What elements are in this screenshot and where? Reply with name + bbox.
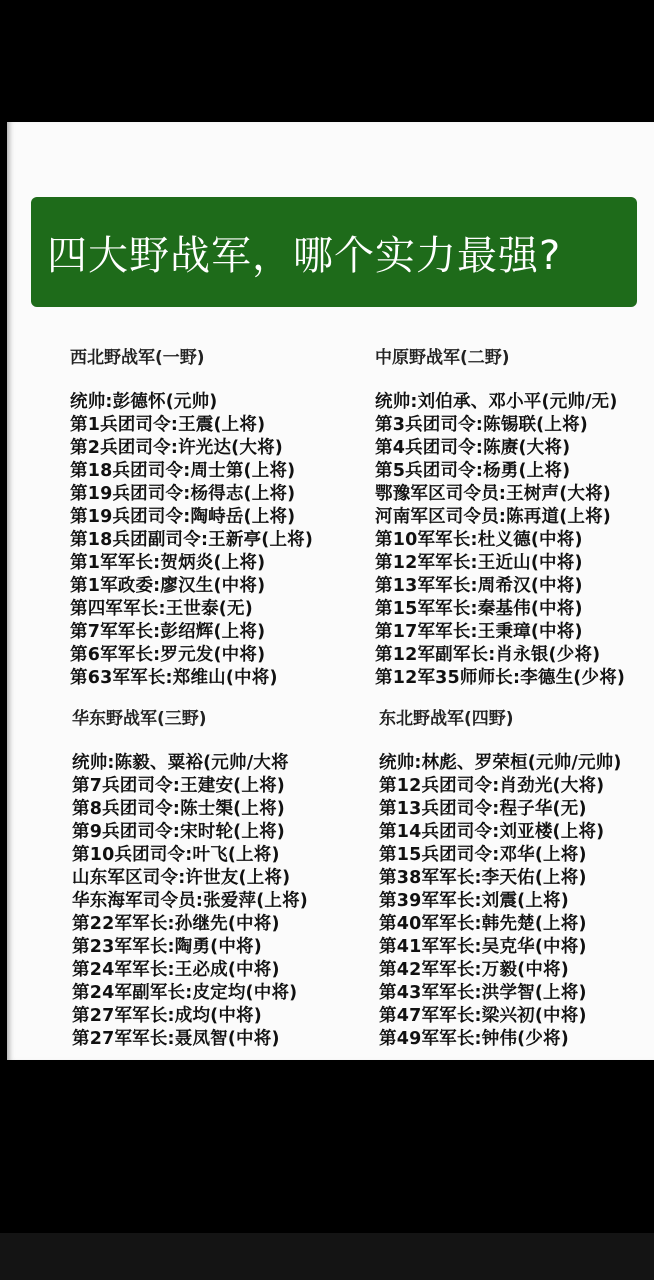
list-item: 第18兵团副司令:王新亭(上将) (70, 529, 313, 552)
list-item: 第63军军长:郑维山(中将) (70, 667, 313, 690)
list-item: 第12军35师师长:李德生(少将) (375, 667, 625, 690)
army-heading: 东北野战军(四野) (379, 708, 622, 730)
list-item: 第13军军长:周希汉(中将) (375, 575, 625, 598)
list-item: 第10兵团司令:叶飞(上将) (72, 844, 308, 867)
list-item: 统帅:刘伯承、邓小平(元帅/无) (375, 391, 625, 414)
list-item: 第1兵团司令:王震(上将) (70, 414, 313, 437)
list-item: 第27军军长:聂凤智(中将) (72, 1028, 308, 1051)
list-item: 第14兵团司令:刘亚楼(上将) (379, 821, 622, 844)
list-item: 第3兵团司令:陈锡联(上将) (375, 414, 625, 437)
army-section-fourth-field-army: 东北野战军(四野) 统帅:林彪、罗荣桓(元帅/元帅) 第12兵团司令:肖劲光(大… (379, 708, 622, 1051)
list-item: 第12兵团司令:肖劲光(大将) (379, 775, 622, 798)
list-item: 第38军军长:李天佑(上将) (379, 867, 622, 890)
commander-list: 统帅:林彪、罗荣桓(元帅/元帅) 第12兵团司令:肖劲光(大将) 第13兵团司令… (379, 752, 622, 1051)
list-item: 第17军军长:王秉璋(中将) (375, 621, 625, 644)
title-banner: 四大野战军，哪个实力最强? (31, 197, 637, 307)
list-item: 第47军军长:梁兴初(中将) (379, 1005, 622, 1028)
list-item: 第6军军长:罗元发(中将) (70, 644, 313, 667)
list-item: 第27军军长:成均(中将) (72, 1005, 308, 1028)
page-title: 四大野战军，哪个实力最强? (47, 224, 561, 281)
list-item: 第15兵团司令:邓华(上将) (379, 844, 622, 867)
commander-list: 统帅:刘伯承、邓小平(元帅/无) 第3兵团司令:陈锡联(上将) 第4兵团司令:陈… (375, 391, 625, 690)
list-item: 第9兵团司令:宋时轮(上将) (72, 821, 308, 844)
list-item: 华东海军司令员:张爱萍(上将) (72, 890, 308, 913)
list-item: 山东军区司令:许世友(上将) (72, 867, 308, 890)
list-item: 河南军区司令员:陈再道(上将) (375, 506, 625, 529)
bottom-bar (0, 1233, 654, 1280)
list-item: 第10军军长:杜义德(中将) (375, 529, 625, 552)
list-item: 第12军副军长:肖永银(少将) (375, 644, 625, 667)
list-item: 统帅:林彪、罗荣桓(元帅/元帅) (379, 752, 622, 775)
document-panel: 四大野战军，哪个实力最强? 西北野战军(一野) 统帅:彭德怀(元帅) 第1兵团司… (7, 122, 654, 1060)
army-section-first-field-army: 西北野战军(一野) 统帅:彭德怀(元帅) 第1兵团司令:王震(上将) 第2兵团司… (70, 347, 313, 690)
list-item: 鄂豫军区司令员:王树声(大将) (375, 483, 625, 506)
list-item: 第42军军长:万毅(中将) (379, 959, 622, 982)
list-item: 第22军军长:孙继先(中将) (72, 913, 308, 936)
army-heading: 华东野战军(三野) (72, 708, 308, 730)
list-item: 第49军军长:钟伟(少将) (379, 1028, 622, 1051)
list-item: 第12军军长:王近山(中将) (375, 552, 625, 575)
list-item: 第15军军长:秦基伟(中将) (375, 598, 625, 621)
list-item: 第1军军长:贺炳炎(上将) (70, 552, 313, 575)
list-item: 第43军军长:洪学智(上将) (379, 982, 622, 1005)
list-item: 第39军军长:刘震(上将) (379, 890, 622, 913)
list-item: 第41军军长:吴克华(中将) (379, 936, 622, 959)
commander-list: 统帅:陈毅、粟裕(元帅/大将 第7兵团司令:王建安(上将) 第8兵团司令:陈士榘… (72, 752, 308, 1051)
list-item: 第40军军长:韩先楚(上将) (379, 913, 622, 936)
list-item: 第7军军长:彭绍辉(上将) (70, 621, 313, 644)
army-section-second-field-army: 中原野战军(二野) 统帅:刘伯承、邓小平(元帅/无) 第3兵团司令:陈锡联(上将… (375, 347, 625, 690)
list-item: 第19兵团司令:杨得志(上将) (70, 483, 313, 506)
list-item: 第13兵团司令:程子华(无) (379, 798, 622, 821)
list-item: 第7兵团司令:王建安(上将) (72, 775, 308, 798)
list-item: 第24军军长:王必成(中将) (72, 959, 308, 982)
list-item: 第四军军长:王世泰(无) (70, 598, 313, 621)
list-item: 第8兵团司令:陈士榘(上将) (72, 798, 308, 821)
list-item: 统帅:陈毅、粟裕(元帅/大将 (72, 752, 308, 775)
army-heading: 中原野战军(二野) (375, 347, 625, 369)
commander-list: 统帅:彭德怀(元帅) 第1兵团司令:王震(上将) 第2兵团司令:许光达(大将) … (70, 391, 313, 690)
list-item: 第23军军长:陶勇(中将) (72, 936, 308, 959)
army-heading: 西北野战军(一野) (70, 347, 313, 369)
list-item: 第24军副军长:皮定均(中将) (72, 982, 308, 1005)
list-item: 第4兵团司令:陈赓(大将) (375, 437, 625, 460)
army-section-third-field-army: 华东野战军(三野) 统帅:陈毅、粟裕(元帅/大将 第7兵团司令:王建安(上将) … (72, 708, 308, 1051)
list-item: 第18兵团司令:周士第(上将) (70, 460, 313, 483)
list-item: 第19兵团司令:陶峙岳(上将) (70, 506, 313, 529)
list-item: 第1军政委:廖汉生(中将) (70, 575, 313, 598)
list-item: 第2兵团司令:许光达(大将) (70, 437, 313, 460)
list-item: 第5兵团司令:杨勇(上将) (375, 460, 625, 483)
list-item: 统帅:彭德怀(元帅) (70, 391, 313, 414)
